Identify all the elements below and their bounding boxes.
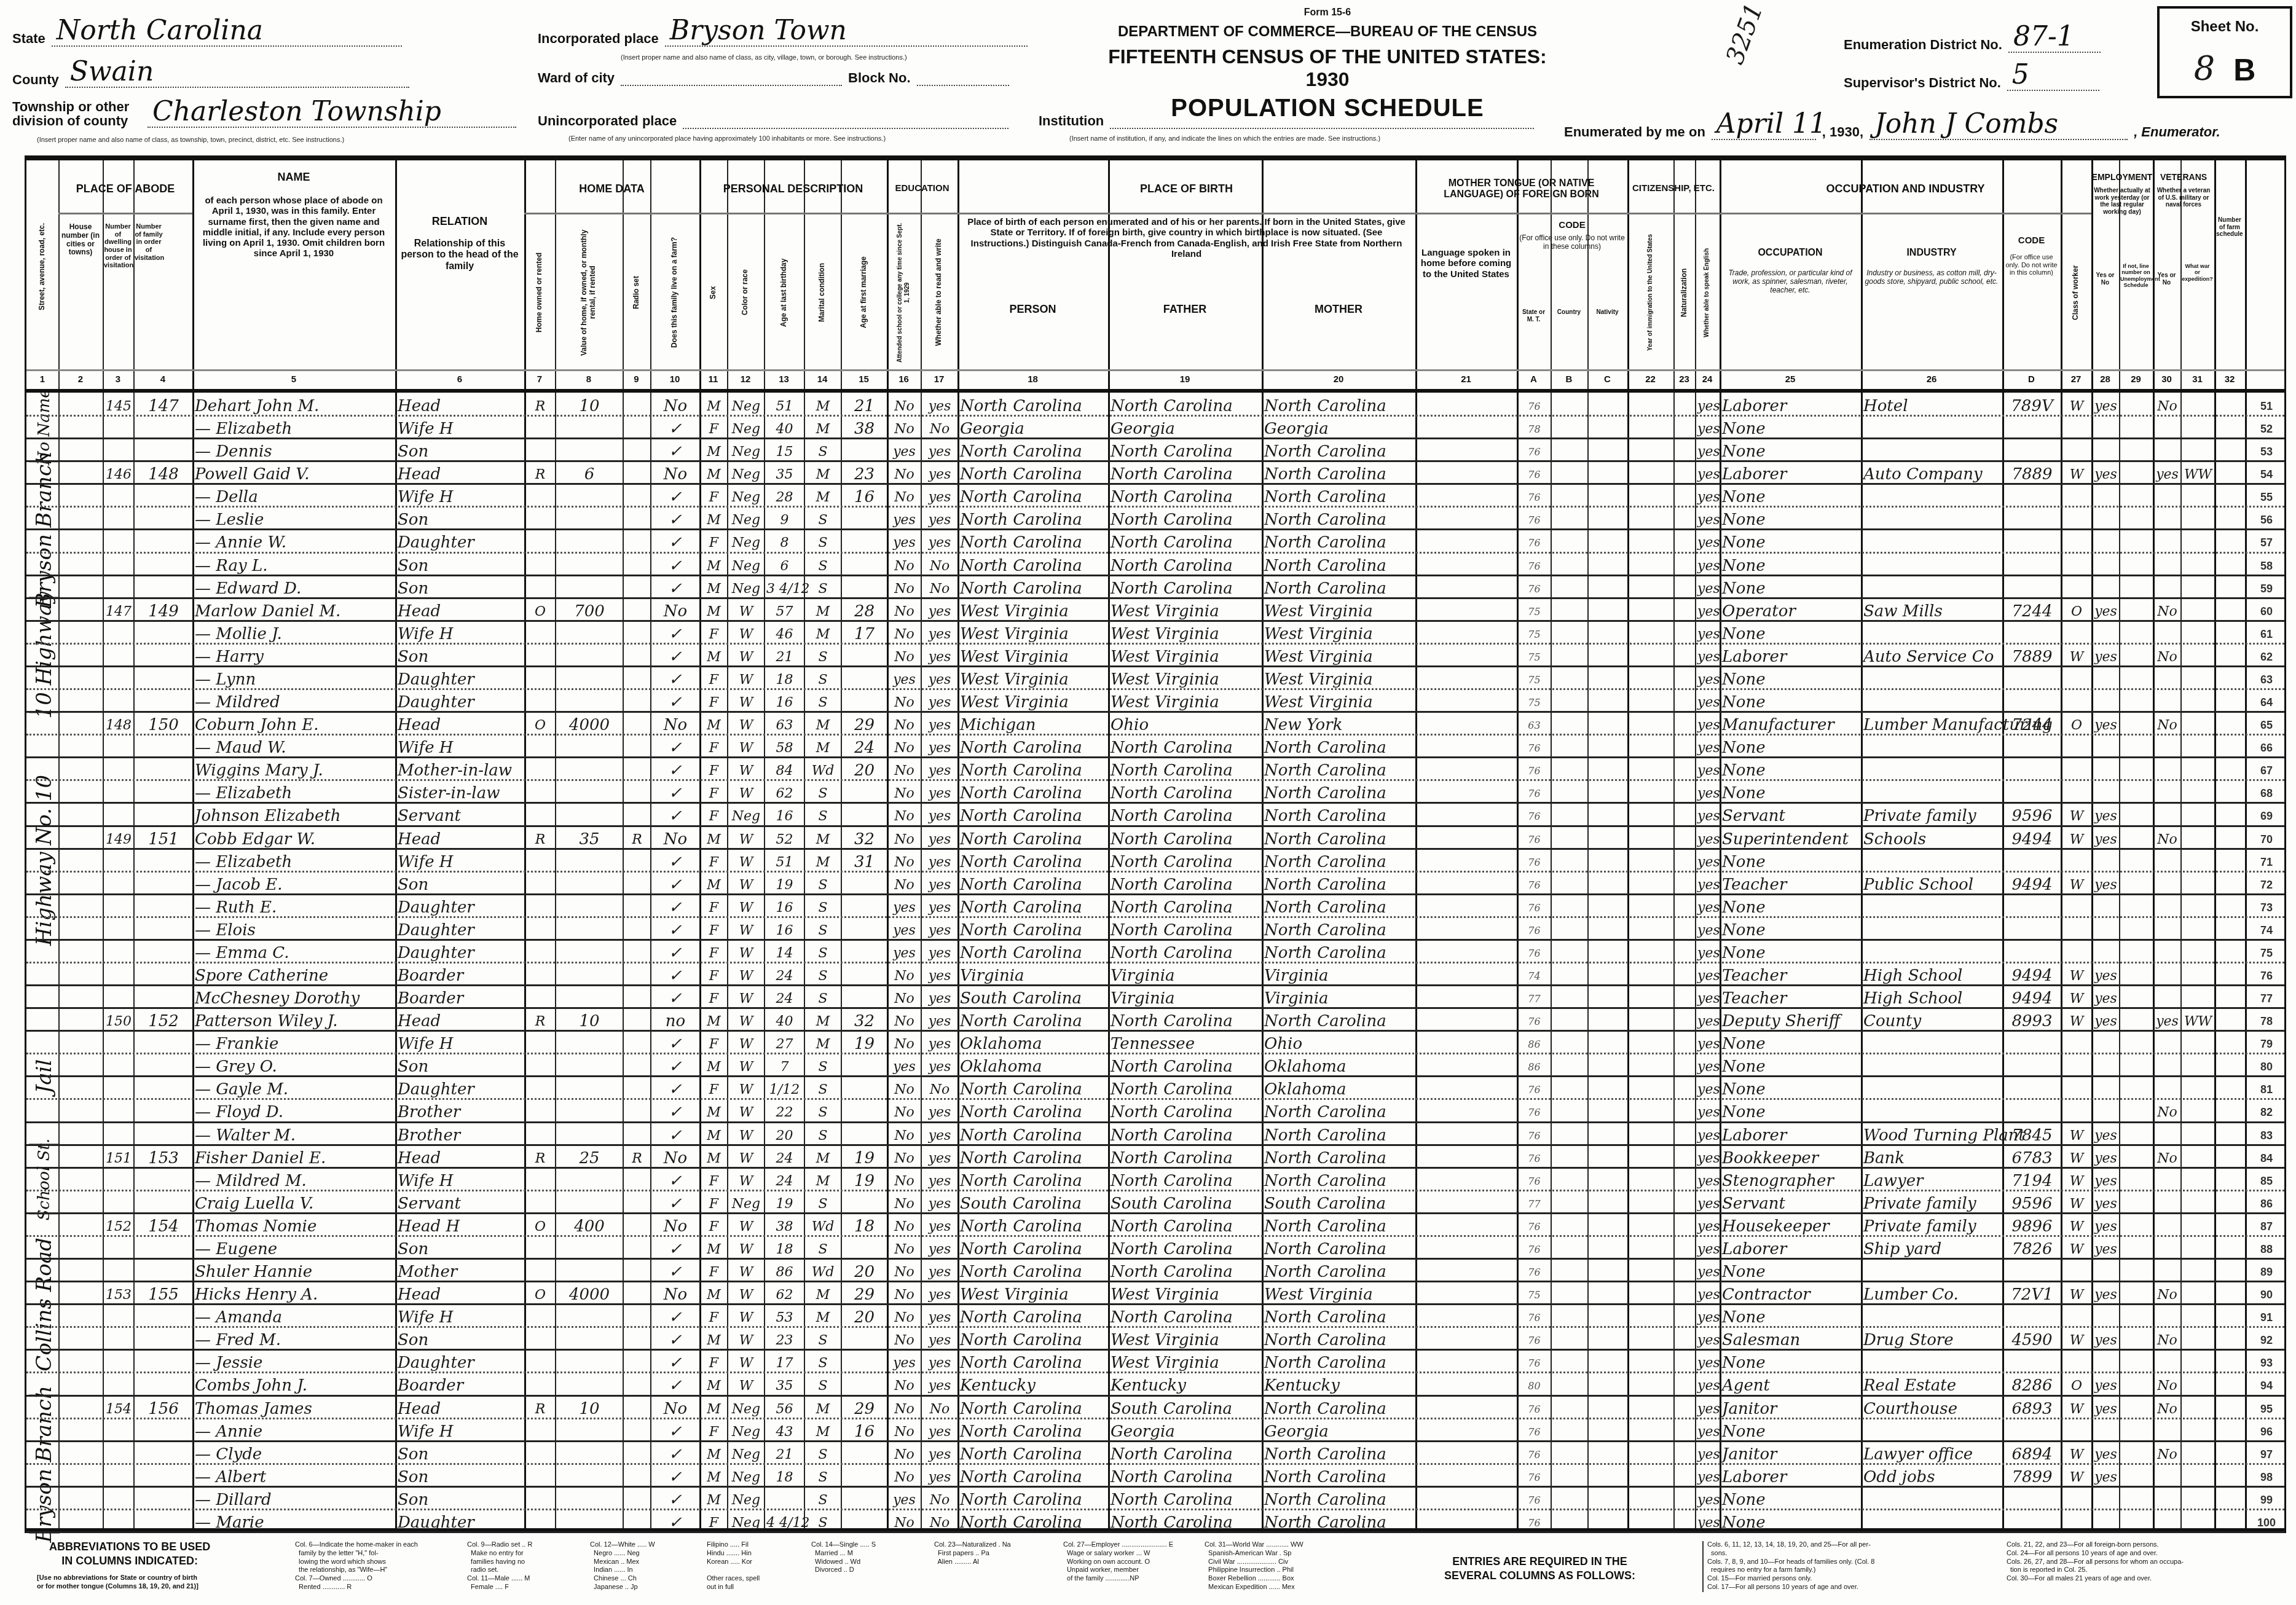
table-row: 149151Cobb Edgar W.HeadR35RNoMW52M32Noye… bbox=[26, 827, 2284, 850]
cell-bpm: North Carolina bbox=[1264, 508, 1414, 530]
cell-bp: North Carolina bbox=[960, 1123, 1107, 1146]
cell-work: yes bbox=[2094, 713, 2118, 736]
cell-name: Powell Gaid V. bbox=[195, 462, 394, 485]
cell-bpf: North Carolina bbox=[1111, 1123, 1260, 1146]
table-row: Wiggins Mary J.Mother-in-law✓FW84Wd20Noy… bbox=[26, 758, 2284, 781]
department-title: DEPARTMENT OF COMMERCE—BUREAU OF THE CEN… bbox=[1106, 23, 1549, 41]
cell-age: 51 bbox=[766, 394, 803, 417]
cell-occ: Contractor bbox=[1722, 1282, 1860, 1305]
line-number: 61 bbox=[2246, 622, 2287, 645]
cell-work bbox=[2094, 1419, 2118, 1442]
line-number: 85 bbox=[2246, 1169, 2287, 1191]
cell-fam bbox=[136, 554, 191, 576]
cell-race: W bbox=[729, 1351, 763, 1373]
cell-code bbox=[2005, 895, 2059, 918]
cell-sch: No bbox=[889, 963, 919, 986]
col-unemployment-header: If not, line number on Unemployment Sche… bbox=[2119, 262, 2153, 348]
cell-dwell: 153 bbox=[105, 1282, 132, 1305]
cell-bpf: Ohio bbox=[1111, 713, 1260, 736]
cell-radio bbox=[625, 417, 649, 439]
cell-own bbox=[527, 1373, 554, 1396]
column-number: 14 bbox=[804, 371, 841, 389]
cell-ind bbox=[1863, 895, 2001, 918]
table-row: — EloisDaughter✓FW16SyesyesNorth Carolin… bbox=[26, 918, 2284, 941]
cell-radio bbox=[625, 736, 649, 758]
cell-farm: No bbox=[653, 462, 698, 485]
cell-bpf: Tennessee bbox=[1111, 1032, 1260, 1054]
cell-code: 7194 bbox=[2005, 1169, 2059, 1191]
cell-vet bbox=[2155, 873, 2179, 895]
ward-field: Ward of city Block No. bbox=[538, 68, 1009, 86]
cell-cls: W bbox=[2063, 1442, 2090, 1465]
cell-own bbox=[527, 576, 554, 599]
cell-rel: Head bbox=[398, 462, 523, 485]
cell-name: Johnson Elizabeth bbox=[195, 804, 394, 826]
cell-name: — Albert bbox=[195, 1465, 394, 1488]
cell-vet: No bbox=[2155, 1100, 2179, 1123]
cell-sch: No bbox=[889, 873, 919, 895]
cell-war bbox=[2183, 713, 2213, 736]
cell-own bbox=[527, 667, 554, 690]
cell-dwell bbox=[105, 554, 132, 576]
cell-eng: yes bbox=[1697, 1214, 1718, 1237]
cell-read: yes bbox=[923, 1123, 956, 1146]
cell-work bbox=[2094, 1260, 2118, 1282]
cell-radio bbox=[625, 1100, 649, 1123]
cell-agem bbox=[843, 1442, 886, 1465]
cell-sch: yes bbox=[889, 941, 919, 963]
cell-dwell bbox=[105, 530, 132, 553]
cell-dwell bbox=[105, 1100, 132, 1123]
cell-val bbox=[557, 508, 621, 530]
cell-rel: Daughter bbox=[398, 918, 523, 941]
cell-codeA: 76 bbox=[1519, 1237, 1549, 1260]
cell-fam bbox=[136, 1191, 191, 1214]
cell-age: 56 bbox=[766, 1397, 803, 1419]
cell-radio bbox=[625, 439, 649, 462]
cell-read: yes bbox=[923, 873, 956, 895]
cell-mar: S bbox=[806, 986, 839, 1009]
cell-age: 7 bbox=[766, 1054, 803, 1077]
cell-bp: West Virginia bbox=[960, 645, 1107, 667]
cell-radio: R bbox=[625, 827, 649, 850]
cell-ind bbox=[1863, 850, 2001, 873]
cell-mar: S bbox=[806, 1442, 839, 1465]
cell-work bbox=[2094, 485, 2118, 508]
column-number: 29 bbox=[2119, 371, 2153, 389]
col-code-d-title: CODE bbox=[2002, 234, 2061, 253]
cell-agem: 38 bbox=[843, 417, 886, 439]
cell-bpm: North Carolina bbox=[1264, 1351, 1414, 1373]
cell-codeA: 77 bbox=[1519, 1191, 1549, 1214]
cell-vet: No bbox=[2155, 1146, 2179, 1169]
enum-district-label: Enumeration District No. bbox=[1844, 37, 2002, 53]
col-race-header: Color or race bbox=[727, 219, 764, 366]
cell-occ: Salesman bbox=[1722, 1328, 1860, 1351]
cell-dwell bbox=[105, 918, 132, 941]
cell-war bbox=[2183, 1488, 2213, 1510]
cell-cls: O bbox=[2063, 713, 2090, 736]
cell-farm: ✓ bbox=[653, 645, 698, 667]
cell-vet: No bbox=[2155, 599, 2179, 622]
cell-fam bbox=[136, 1510, 191, 1533]
cell-age: 18 bbox=[766, 1465, 803, 1488]
cell-farm: ✓ bbox=[653, 485, 698, 508]
cell-vet: No bbox=[2155, 1282, 2179, 1305]
cell-occ: Stenographer bbox=[1722, 1169, 1860, 1191]
cell-own bbox=[527, 1100, 554, 1123]
cell-cls bbox=[2063, 1351, 2090, 1373]
cell-codeA: 76 bbox=[1519, 1351, 1549, 1373]
cell-code bbox=[2005, 690, 2059, 713]
cell-sex: F bbox=[702, 758, 726, 781]
cell-vet bbox=[2155, 1260, 2179, 1282]
cell-rel: Head bbox=[398, 1397, 523, 1419]
cell-eng: yes bbox=[1697, 1419, 1718, 1442]
cell-age: 58 bbox=[766, 736, 803, 758]
column-number: 27 bbox=[2061, 371, 2091, 389]
cell-occ: None bbox=[1722, 1260, 1860, 1282]
cell-war bbox=[2183, 530, 2213, 553]
cell-sch: No bbox=[889, 1032, 919, 1054]
cell-cls bbox=[2063, 576, 2090, 599]
line-number: 67 bbox=[2246, 758, 2287, 781]
cell-agem: 32 bbox=[843, 827, 886, 850]
cell-bp: North Carolina bbox=[960, 1077, 1107, 1100]
cell-radio bbox=[625, 1442, 649, 1465]
table-row: — MarieDaughter✓FNeg4 4/12SNoNoNorth Car… bbox=[26, 1510, 2284, 1533]
cell-codeA: 76 bbox=[1519, 758, 1549, 781]
cell-bpf: Georgia bbox=[1111, 1419, 1260, 1442]
abbreviations-title: ABBREVIATIONS TO BE USED IN COLUMNS INDI… bbox=[49, 1540, 210, 1568]
table-row: — Edward D.Son✓MNeg3 4/12SNoNoNorth Caro… bbox=[26, 576, 2284, 599]
cell-farm: ✓ bbox=[653, 1510, 698, 1533]
cell-cls: W bbox=[2063, 1397, 2090, 1419]
col-at-work-header: Yes or No bbox=[2091, 271, 2119, 320]
cell-agem bbox=[843, 986, 886, 1009]
cell-mar: S bbox=[806, 1191, 839, 1214]
cell-fam: 148 bbox=[136, 462, 191, 485]
cell-bpf: South Carolina bbox=[1111, 1191, 1260, 1214]
col-dwelling-header: Number of dwelling house in order of vis… bbox=[103, 222, 133, 369]
supervisor-label: Supervisor's District No. bbox=[1844, 75, 2001, 91]
cell-bpf: North Carolina bbox=[1111, 827, 1260, 850]
cell-mar: M bbox=[806, 1419, 839, 1442]
cell-bpm: North Carolina bbox=[1264, 1305, 1414, 1328]
cell-fam bbox=[136, 530, 191, 553]
table-row: — Fred M.Son✓MW23SNoyesNorth CarolinaWes… bbox=[26, 1328, 2284, 1351]
cell-cls: W bbox=[2063, 804, 2090, 826]
cell-code bbox=[2005, 1510, 2059, 1533]
cell-occ: None bbox=[1722, 417, 1860, 439]
cell-own: O bbox=[527, 599, 554, 622]
cell-mar: M bbox=[806, 713, 839, 736]
table-row: 147149Marlow Daniel M.HeadO700NoMW57M28N… bbox=[26, 599, 2284, 622]
cell-sex: F bbox=[702, 1214, 726, 1237]
group-home-data: HOME DATA bbox=[524, 165, 699, 214]
cell-code bbox=[2005, 1054, 2059, 1077]
cell-name: — Maud W. bbox=[195, 736, 394, 758]
cell-ind bbox=[1863, 690, 2001, 713]
col-language-header: Language spoken in home before coming to… bbox=[1415, 246, 1517, 339]
column-number: 6 bbox=[395, 371, 524, 389]
cell-agem: 29 bbox=[843, 1397, 886, 1419]
line-number: 88 bbox=[2246, 1237, 2287, 1260]
column-number: 10 bbox=[650, 371, 699, 389]
cell-war bbox=[2183, 850, 2213, 873]
table-row: — Grey O.Son✓MW7SyesyesOklahomaNorth Car… bbox=[26, 1054, 2284, 1077]
cell-sch: No bbox=[889, 1214, 919, 1237]
cell-farm: ✓ bbox=[653, 873, 698, 895]
line-number: 97 bbox=[2246, 1442, 2287, 1465]
cell-name: Coburn John E. bbox=[195, 713, 394, 736]
cell-eng: yes bbox=[1697, 1146, 1718, 1169]
cell-race: W bbox=[729, 690, 763, 713]
cell-radio bbox=[625, 1328, 649, 1351]
col-naturalization-header: Naturalization bbox=[1673, 219, 1695, 366]
cell-sex: M bbox=[702, 1146, 726, 1169]
cell-radio bbox=[625, 873, 649, 895]
cell-bpf: Kentucky bbox=[1111, 1373, 1260, 1396]
cell-sch: No bbox=[889, 485, 919, 508]
line-number: 77 bbox=[2246, 986, 2287, 1009]
cell-farm: ✓ bbox=[653, 1442, 698, 1465]
cell-war bbox=[2183, 986, 2213, 1009]
cell-mar: S bbox=[806, 1328, 839, 1351]
cell-val bbox=[557, 736, 621, 758]
column-number: 25 bbox=[1720, 371, 1861, 389]
ward-value bbox=[621, 68, 842, 86]
cell-read: yes bbox=[923, 1282, 956, 1305]
cell-ind: Private family bbox=[1863, 804, 2001, 826]
cell-code: 9494 bbox=[2005, 963, 2059, 986]
code-header: CODE bbox=[1517, 219, 1627, 231]
cell-val bbox=[557, 1442, 621, 1465]
cell-mar: M bbox=[806, 1009, 839, 1032]
line-number: 75 bbox=[2246, 941, 2287, 963]
enum-district-value: 87-1 bbox=[2008, 23, 2101, 53]
cell-war bbox=[2183, 1328, 2213, 1351]
table-row: — AlbertSon✓MNeg18SNoyesNorth CarolinaNo… bbox=[26, 1465, 2284, 1488]
cell-vet: yes bbox=[2155, 462, 2179, 485]
cell-code: 9596 bbox=[2005, 1191, 2059, 1214]
cell-farm: No bbox=[653, 1282, 698, 1305]
cell-fam bbox=[136, 1169, 191, 1191]
cell-agem bbox=[843, 667, 886, 690]
cell-own: O bbox=[527, 1214, 554, 1237]
cell-read: yes bbox=[923, 1169, 956, 1191]
cell-name: Thomas James bbox=[195, 1397, 394, 1419]
cell-codeA: 76 bbox=[1519, 394, 1549, 417]
cell-age: 16 bbox=[766, 804, 803, 826]
cell-bpm: Virginia bbox=[1264, 986, 1414, 1009]
cell-codeA: 76 bbox=[1519, 827, 1549, 850]
cell-sex: F bbox=[702, 736, 726, 758]
cell-sex: F bbox=[702, 1032, 726, 1054]
cell-occ: None bbox=[1722, 439, 1860, 462]
cell-farm: No bbox=[653, 1214, 698, 1237]
cell-age: 23 bbox=[766, 1328, 803, 1351]
cell-code bbox=[2005, 554, 2059, 576]
cell-read: yes bbox=[923, 895, 956, 918]
cell-fam bbox=[136, 758, 191, 781]
cell-bpm: North Carolina bbox=[1264, 1442, 1414, 1465]
cell-codeA: 76 bbox=[1519, 554, 1549, 576]
table-row: 145147Dehart John M.HeadR10NoMNeg51M21No… bbox=[26, 394, 2284, 417]
cell-read: yes bbox=[923, 1054, 956, 1077]
cell-cls: W bbox=[2063, 963, 2090, 986]
cell-own: R bbox=[527, 1146, 554, 1169]
cell-sex: M bbox=[702, 1009, 726, 1032]
cell-eng: yes bbox=[1697, 1373, 1718, 1396]
cell-name: — Della bbox=[195, 485, 394, 508]
cell-agem bbox=[843, 690, 886, 713]
cell-val bbox=[557, 1510, 621, 1533]
cell-rel: Son bbox=[398, 1054, 523, 1077]
cell-name: — Ruth E. bbox=[195, 895, 394, 918]
cell-own bbox=[527, 622, 554, 645]
sheet-label: Sheet No. bbox=[2160, 18, 2290, 36]
cell-war bbox=[2183, 1260, 2213, 1282]
column-number: 21 bbox=[1415, 371, 1517, 389]
cell-rel: Servant bbox=[398, 1191, 523, 1214]
cell-agem: 17 bbox=[843, 622, 886, 645]
col-birth-father-header: FATHER bbox=[1108, 302, 1262, 326]
cell-cls bbox=[2063, 850, 2090, 873]
cell-own: O bbox=[527, 1282, 554, 1305]
col-code-d-header: (For office use only. Do not write in th… bbox=[2002, 253, 2061, 332]
line-number: 56 bbox=[2246, 508, 2287, 530]
cell-fam bbox=[136, 963, 191, 986]
cell-occ: Teacher bbox=[1722, 963, 1860, 986]
cell-war bbox=[2183, 963, 2213, 986]
table-row: — ElizabethWife H✓FNeg40M38NoNoGeorgiaGe… bbox=[26, 417, 2284, 439]
abbrev-col23: Col. 23—Naturalized . Na First papers ..… bbox=[934, 1541, 1011, 1566]
cell-read: yes bbox=[923, 781, 956, 804]
cell-eng: yes bbox=[1697, 1100, 1718, 1123]
cell-dwell: 150 bbox=[105, 1009, 132, 1032]
col-age-header: Age at last birthday bbox=[764, 219, 804, 366]
cell-age: 8 bbox=[766, 530, 803, 553]
cell-work bbox=[2094, 1305, 2118, 1328]
cell-cls: W bbox=[2063, 462, 2090, 485]
cell-bpf: North Carolina bbox=[1111, 1214, 1260, 1237]
cell-mar: M bbox=[806, 1282, 839, 1305]
cell-war bbox=[2183, 1191, 2213, 1214]
cell-age: 28 bbox=[766, 485, 803, 508]
cell-rel: Sister-in-law bbox=[398, 781, 523, 804]
cell-vet: No bbox=[2155, 827, 2179, 850]
cell-code: 72V1 bbox=[2005, 1282, 2059, 1305]
cell-mar: S bbox=[806, 895, 839, 918]
cell-rel: Son bbox=[398, 554, 523, 576]
cell-bpf: North Carolina bbox=[1111, 873, 1260, 895]
sheet-letter: B bbox=[2233, 52, 2255, 88]
cell-bpm: West Virginia bbox=[1264, 622, 1414, 645]
cell-mar: S bbox=[806, 439, 839, 462]
col-name-header: of each person whose place of abode on A… bbox=[192, 194, 395, 366]
cell-radio bbox=[625, 1260, 649, 1282]
cell-occ: None bbox=[1722, 918, 1860, 941]
cell-name: — Lynn bbox=[195, 667, 394, 690]
cell-dwell bbox=[105, 1305, 132, 1328]
cell-mar: S bbox=[806, 804, 839, 826]
cell-race: W bbox=[729, 1032, 763, 1054]
cell-race: W bbox=[729, 895, 763, 918]
cell-own bbox=[527, 941, 554, 963]
cell-radio bbox=[625, 963, 649, 986]
cell-name: — Elizabeth bbox=[195, 850, 394, 873]
cell-bpm: North Carolina bbox=[1264, 1214, 1414, 1237]
cell-cls bbox=[2063, 530, 2090, 553]
cell-occ: None bbox=[1722, 690, 1860, 713]
cell-agem: 20 bbox=[843, 1260, 886, 1282]
cell-sex: F bbox=[702, 1419, 726, 1442]
cell-work bbox=[2094, 622, 2118, 645]
cell-val bbox=[557, 941, 621, 963]
column-number: C bbox=[1587, 371, 1627, 389]
cell-val bbox=[557, 781, 621, 804]
cell-radio bbox=[625, 667, 649, 690]
table-row: — ElizabethWife H✓FW51M31NoyesNorth Caro… bbox=[26, 850, 2284, 873]
cell-agem bbox=[843, 1237, 886, 1260]
column-number: D bbox=[2002, 371, 2061, 389]
col-occupation-header: Trade, profession, or particular kind of… bbox=[1720, 268, 1861, 329]
cell-farm: ✓ bbox=[653, 758, 698, 781]
cell-dwell bbox=[105, 736, 132, 758]
cell-vet bbox=[2155, 667, 2179, 690]
line-number: 95 bbox=[2246, 1397, 2287, 1419]
unincorporated-label: Unincorporated place bbox=[538, 113, 677, 129]
cell-dwell bbox=[105, 758, 132, 781]
cell-own bbox=[527, 1510, 554, 1533]
cell-code bbox=[2005, 1351, 2059, 1373]
col-home-owned-header: Home owned or rented bbox=[524, 219, 555, 366]
table-row: 152154Thomas NomieHead HO400NoFW38Wd18No… bbox=[26, 1214, 2284, 1237]
cell-bpm: North Carolina bbox=[1264, 1260, 1414, 1282]
cell-dwell bbox=[105, 873, 132, 895]
cell-bpm: West Virginia bbox=[1264, 667, 1414, 690]
table-row: — EugeneSon✓MW18SNoyesNorth CarolinaNort… bbox=[26, 1237, 2284, 1260]
cell-codeA: 76 bbox=[1519, 1419, 1549, 1442]
cell-work: yes bbox=[2094, 462, 2118, 485]
cell-agem: 18 bbox=[843, 1214, 886, 1237]
cell-eng: yes bbox=[1697, 417, 1718, 439]
cell-dwell bbox=[105, 1032, 132, 1054]
abbrev-col14: Col. 14—Single ..... S Married ... M Wid… bbox=[811, 1541, 876, 1575]
cell-sch: No bbox=[889, 1123, 919, 1146]
cell-val bbox=[557, 1373, 621, 1396]
cell-code: 7826 bbox=[2005, 1237, 2059, 1260]
cell-age bbox=[766, 1488, 803, 1510]
cell-war: WW bbox=[2183, 462, 2213, 485]
cell-work bbox=[2094, 758, 2118, 781]
abbrev-col12: Col. 12—White ..... W Negro ...... Neg M… bbox=[590, 1541, 655, 1592]
cell-work bbox=[2094, 1100, 2118, 1123]
cell-code bbox=[2005, 941, 2059, 963]
cell-dwell bbox=[105, 667, 132, 690]
census-header: State North Carolina County Swain Townsh… bbox=[0, 0, 2296, 157]
cell-bp: North Carolina bbox=[960, 554, 1107, 576]
cell-occ: Servant bbox=[1722, 1191, 1860, 1214]
cell-eng: yes bbox=[1697, 986, 1718, 1009]
cell-bpf: North Carolina bbox=[1111, 1077, 1260, 1100]
enumerated-label: Enumerated by me on bbox=[1564, 124, 1705, 140]
cell-race: W bbox=[729, 1146, 763, 1169]
cell-sex: M bbox=[702, 554, 726, 576]
table-row: — JessieDaughter✓FW17SyesyesNorth Caroli… bbox=[26, 1351, 2284, 1373]
cell-ind: Lumber Manufacturing bbox=[1863, 713, 2001, 736]
